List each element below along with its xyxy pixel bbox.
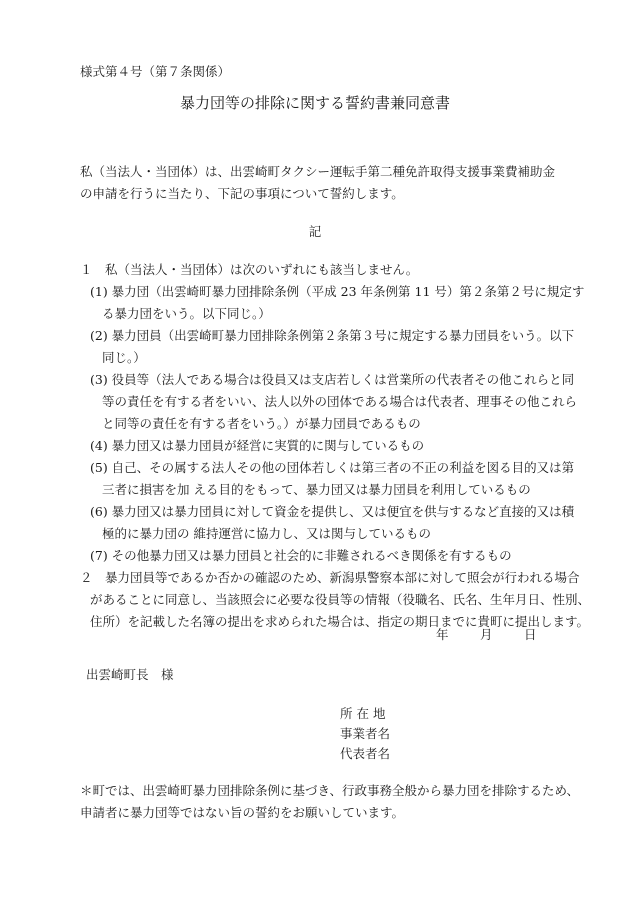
addressee: 出雲崎町長 様 (86, 667, 174, 683)
pledge-line: (4) 暴力団又は暴力団員が経営に実質的に関与しているもの (90, 438, 424, 454)
date-year: 年 (436, 627, 480, 643)
form-number: 様式第４号（第７条関係） (80, 64, 230, 80)
date-month: 月 (480, 627, 524, 643)
pledge-line: 等の責任を有する者をいい、法人以外の団体である場合は代表者、理事その他これら (102, 394, 577, 410)
pledge-line: (3) 役員等（法人である場合は役員又は支店若しくは営業所の代表者その他これらと… (90, 372, 574, 388)
pledge-line: １ 私（当法人・当団体）は次のいずれにも該当しません。 (80, 262, 418, 278)
note-line-1: ＊町では、出雲崎町暴力団排除条例に基づき、行政事務全般から暴力団を排除するため、 (80, 783, 579, 799)
pledge-line: る暴力団をいう。以下同じ。） (102, 306, 271, 322)
date-day: 日 (524, 627, 537, 643)
pledge-line: と同等の責任を有する者をいう。）が暴力団員であるもの (102, 416, 421, 432)
pledge-line: (1) 暴力団（出雲崎町暴力団排除条例（平成 23 年条例第 11 号）第２条第… (90, 284, 584, 300)
pledge-line: があることに同意し、当該照会に必要な役員等の情報（役職名、氏名、生年月日、性別、 (90, 592, 590, 608)
pledge-line: 極的に暴力団の 維持運営に協力し、又は関与しているもの (102, 526, 431, 542)
intro-line-2: の申請を行うに当たり、下記の事項について誓約します。 (80, 186, 404, 202)
date-field: 年月日 (436, 627, 537, 643)
note-line-2: 申請者に暴力団等ではない旨の誓約をお願いしています。 (80, 805, 404, 821)
pledge-line: (6) 暴力団又は暴力団員に対して資金を提供し、又は便宜を供与するなど直接的又は… (90, 504, 574, 520)
intro-line-1: 私（当法人・当団体）は、出雲崎町タクシー運転手第二種免許取得支援事業費補助金 (80, 164, 555, 180)
pledge-line: 三者に損害を加 える目的をもって、暴力団又は暴力団員を利用しているもの (102, 482, 531, 498)
ki-heading: 記 (0, 224, 630, 240)
pledge-line: (2) 暴力団員（出雲崎町暴力団排除条例第２条第３号に規定する暴力団員をいう。以… (90, 328, 574, 344)
signature-field-label: 所 在 地 (340, 706, 385, 722)
signature-field-label: 事業者名 (340, 726, 390, 742)
pledge-line: (7) その他暴力団又は暴力団員と社会的に非難されるべき関係を有するもの (90, 548, 512, 564)
pledge-line: 同じ。） (102, 350, 146, 366)
pledge-line: ２ 暴力団員等であるか否かの確認のため、新潟県警察本部に対して照会が行われる場合 (80, 570, 580, 586)
document-title: 暴力団等の排除に関する誓約書兼同意書 (0, 95, 630, 111)
signature-field-label: 代表者名 (340, 746, 390, 762)
pledge-line: (5) 自己、その属する法人その他の団体若しくは第三者の不正の利益を図る目的又は… (90, 460, 574, 476)
